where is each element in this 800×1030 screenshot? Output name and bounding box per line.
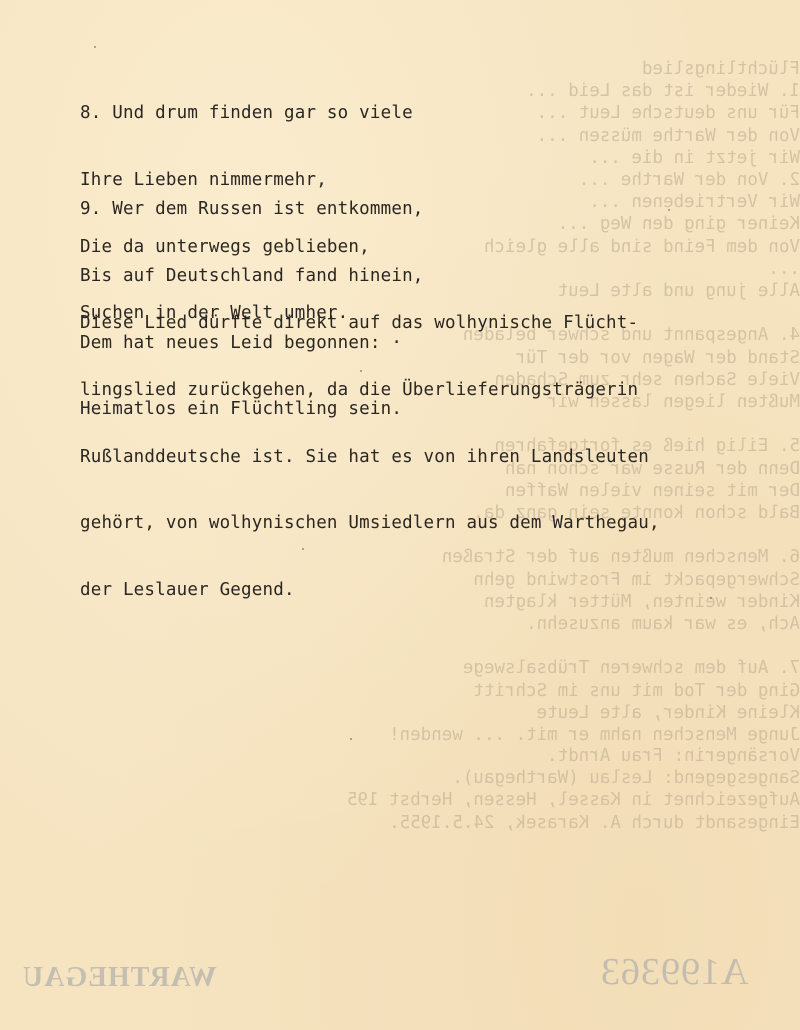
region-stamp: WARTHEGAU bbox=[22, 962, 217, 994]
bleed-through-footer: Vorsängerin: Frau Arndt. Sangesgegend: L… bbox=[220, 745, 800, 834]
note-line: gehört, von wolhynischen Umsiedlern aus … bbox=[80, 512, 660, 534]
note-line: Diese Lied dürfte direkt auf das wolhyni… bbox=[80, 312, 660, 334]
paper-speck bbox=[350, 738, 352, 740]
paper-speck bbox=[94, 46, 96, 48]
note-line: Rußlanddeutsche ist. Sie hat es von ihre… bbox=[80, 446, 660, 468]
note-line: lingslied zurückgehen, da die Überliefer… bbox=[80, 379, 660, 401]
verse-line: 9. Wer dem Russen ist entkommen, bbox=[80, 198, 424, 220]
paper-speck bbox=[710, 597, 712, 599]
note-line: der Leslauer Gegend. bbox=[80, 579, 660, 601]
paper-speck bbox=[360, 370, 362, 372]
paper-speck bbox=[302, 548, 304, 550]
archive-number-stamp: A199363 bbox=[600, 950, 748, 994]
commentary-paragraph: Diese Lied dürfte direkt auf das wolhyni… bbox=[80, 268, 660, 623]
paper-speck bbox=[668, 209, 670, 211]
verse-line: 8. Und drum finden gar so viele bbox=[80, 102, 413, 124]
